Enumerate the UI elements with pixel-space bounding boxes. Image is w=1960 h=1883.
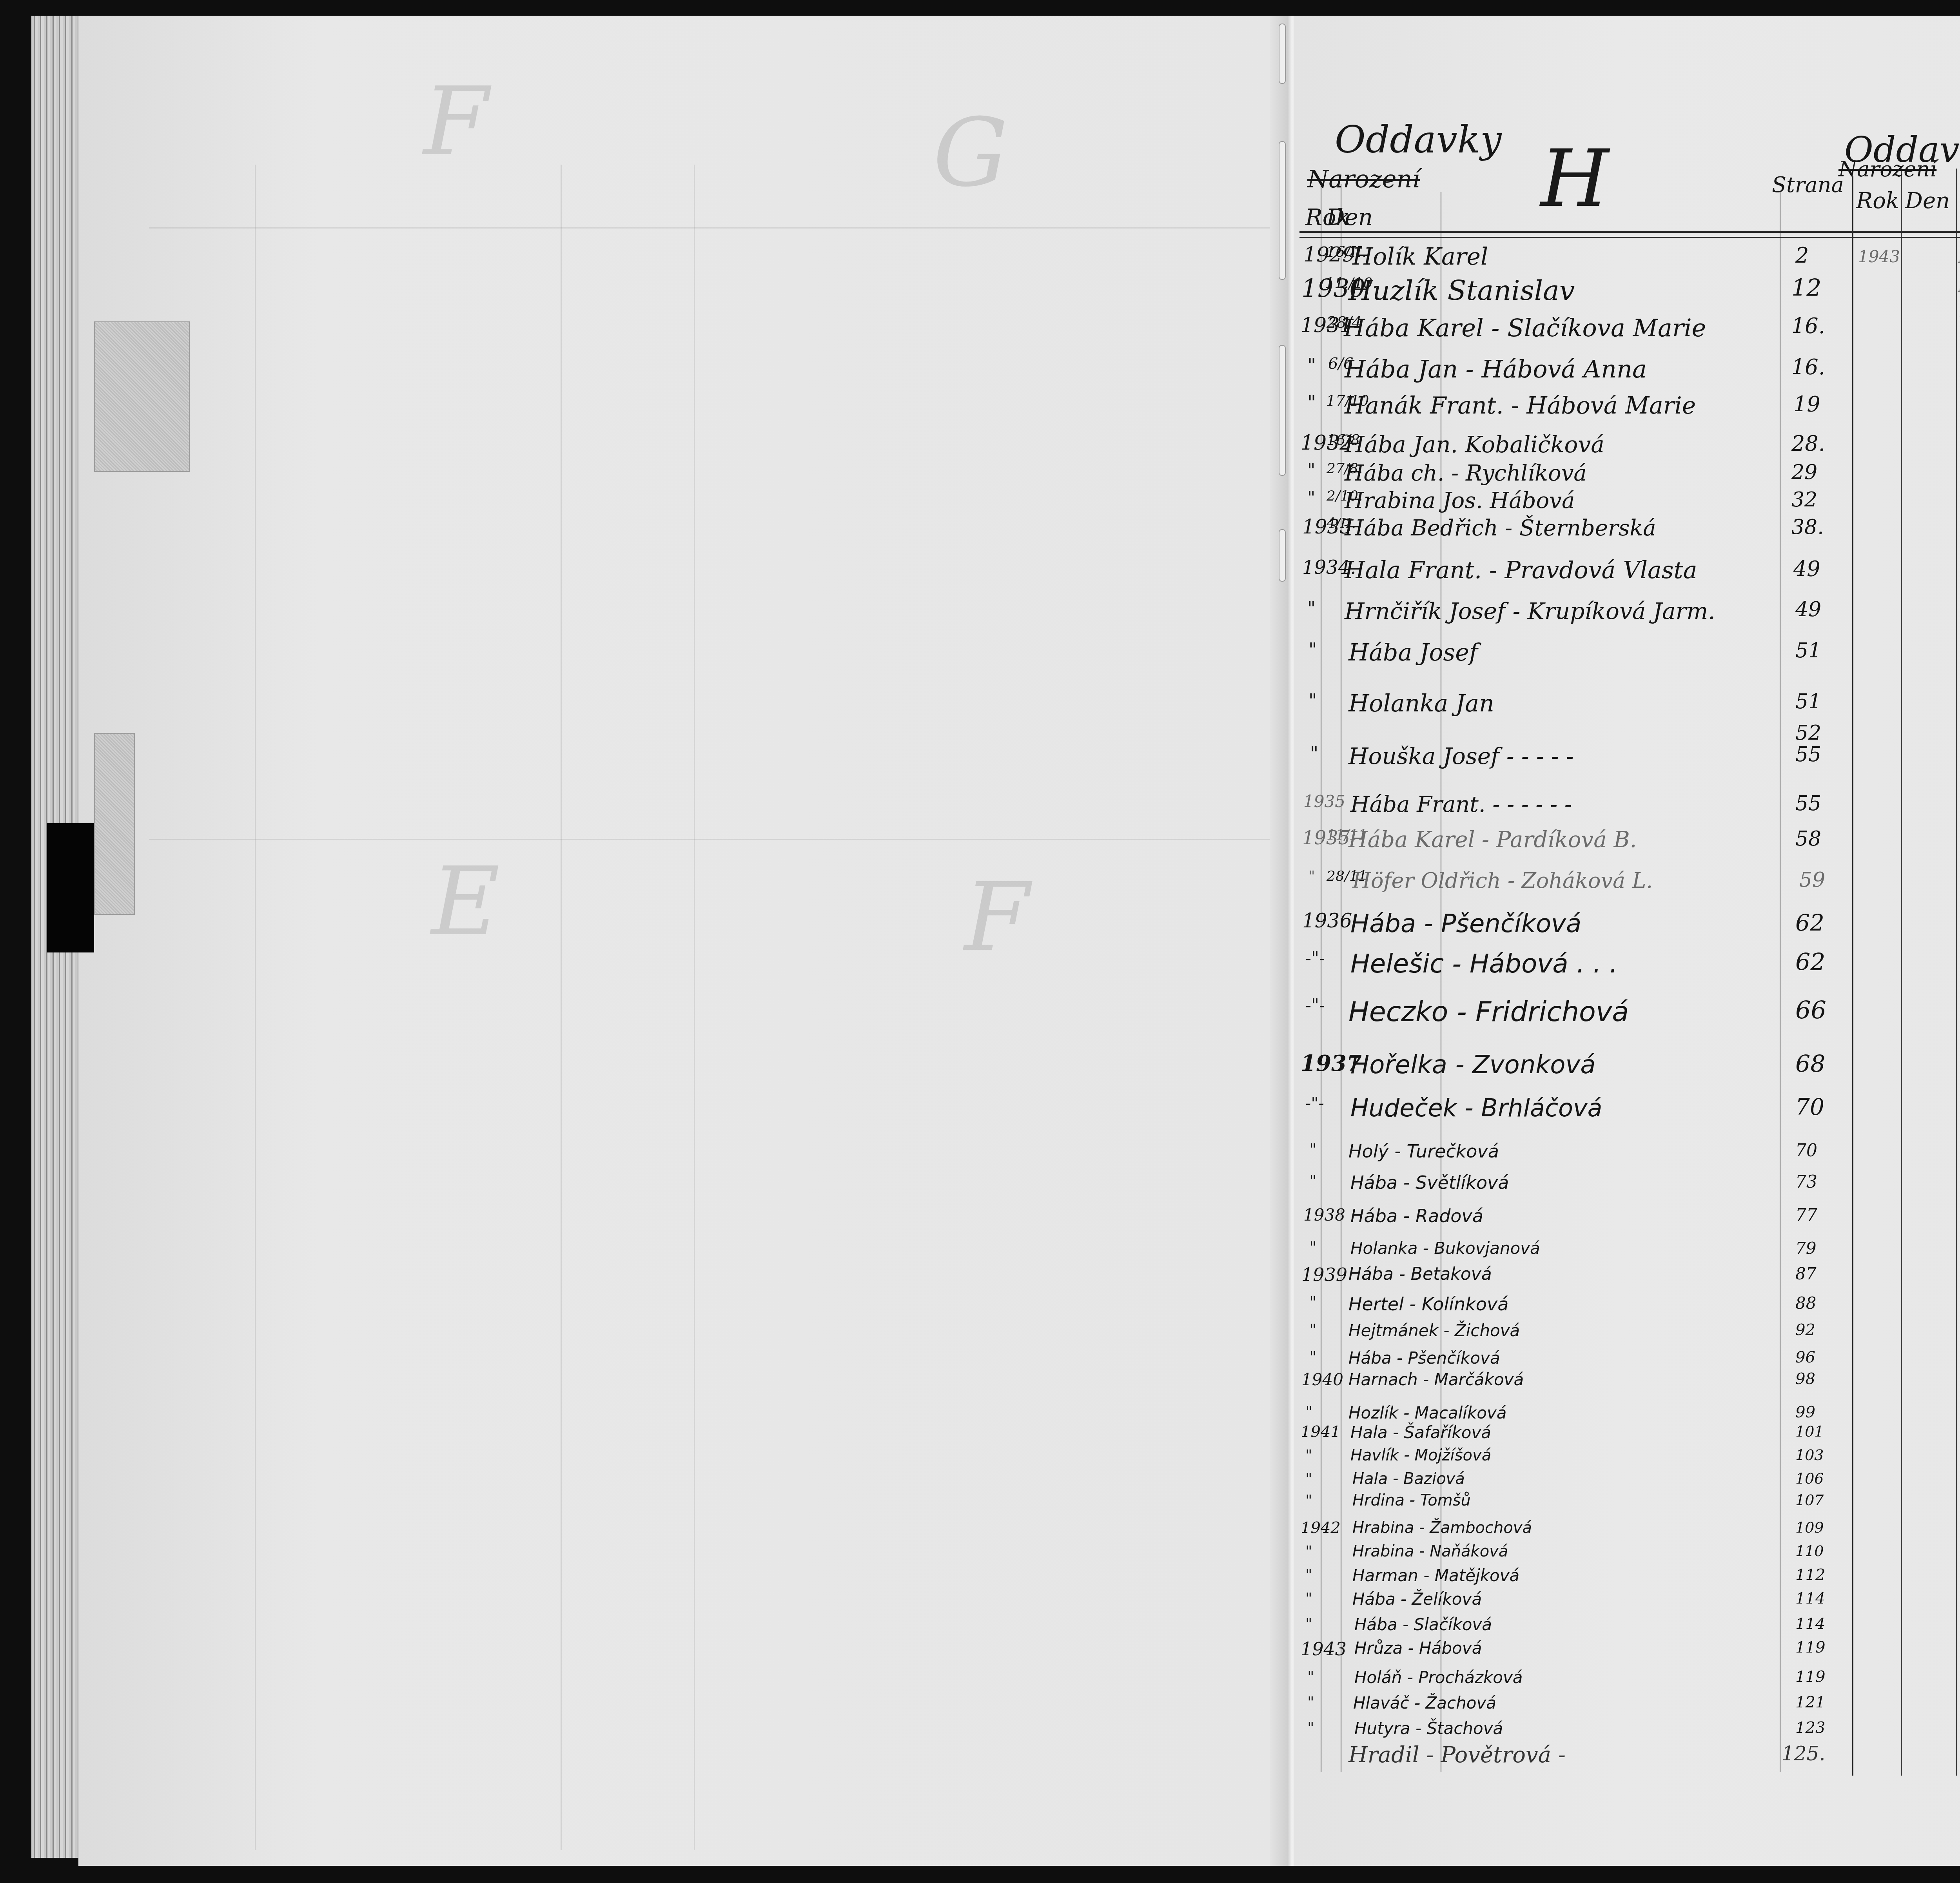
- name: Hrnčiřík Josef - Krupíková Jarm.: [1345, 598, 1715, 624]
- page: 125.: [1782, 1742, 1825, 1765]
- faint-ruling: [255, 165, 256, 1850]
- page: 52: [1795, 721, 1821, 745]
- year: ": [1305, 1566, 1312, 1583]
- ghost-letter: F: [423, 67, 489, 176]
- name: Heczko - Fridrichová: [1348, 996, 1629, 1028]
- name: Hanák Frant. - Hábová Marie: [1345, 392, 1696, 419]
- header-den-right: Den: [1905, 188, 1950, 214]
- page: 29: [1791, 461, 1817, 484]
- page: 123: [1795, 1719, 1825, 1737]
- page: 32: [1791, 488, 1817, 512]
- year: 1939: [1301, 1264, 1347, 1285]
- name: Hába Jan - Hábová Anna: [1345, 355, 1647, 383]
- name: Hába - Slačíková: [1354, 1615, 1492, 1634]
- year: ": [1305, 1403, 1312, 1421]
- faint-ruling: [694, 165, 695, 1850]
- page: 19: [1793, 392, 1820, 417]
- header-den: Den: [1327, 204, 1373, 230]
- name: Holý - Turečková: [1348, 1141, 1499, 1162]
- page: 109: [1795, 1519, 1824, 1536]
- name: Hejtmánek - Žichová: [1348, 1321, 1520, 1340]
- name: Hába Jan. Kobaličková: [1345, 431, 1604, 458]
- name: Hába Bedřich - Šternberská: [1345, 515, 1656, 541]
- ghost-letter: G: [933, 98, 1008, 208]
- page: 51: [1795, 639, 1821, 662]
- section-letter-h: H: [1541, 133, 1609, 225]
- name: Hába Frant. - - - - - -: [1350, 792, 1572, 817]
- page: 62: [1795, 949, 1825, 976]
- year: 1942: [1301, 1519, 1341, 1537]
- name: Holáň - Procházková: [1354, 1668, 1523, 1687]
- page: 114: [1795, 1589, 1825, 1607]
- header-rok-right: Rok: [1856, 188, 1899, 214]
- name: Hrabina - Naňáková: [1352, 1542, 1508, 1560]
- name: Hradil - Povětrová -: [1348, 1742, 1566, 1768]
- binding-stitch: [1279, 529, 1286, 582]
- page: 96: [1795, 1348, 1815, 1366]
- page: 98: [1795, 1370, 1815, 1388]
- page: 68: [1795, 1050, 1825, 1078]
- page: 79: [1795, 1239, 1816, 1258]
- name: Hába fr. - Kolínková - - -: [1958, 276, 1960, 296]
- header-strana: Strana: [1772, 172, 1844, 197]
- name: Holanka Jan: [1348, 690, 1494, 717]
- name: Havlík - Mojžíšová: [1350, 1446, 1491, 1464]
- header-double-rule: [1299, 231, 1960, 233]
- name: Hutyra - Štachová: [1354, 1719, 1503, 1738]
- year: ": [1308, 690, 1317, 711]
- year: ": [1305, 1470, 1312, 1487]
- name: Hertel - Kolínková: [1348, 1293, 1508, 1315]
- name: Hořelka - Zvonková: [1350, 1050, 1596, 1079]
- name: Harman - Matějková: [1352, 1566, 1519, 1585]
- page: 59: [1799, 868, 1825, 892]
- binding-stitch: [1279, 345, 1286, 476]
- name: Hába ch. - Rychlíková: [1345, 461, 1587, 486]
- page: 88: [1795, 1293, 1816, 1313]
- rule-right-year-day: [1901, 169, 1902, 1776]
- ghost-letter: E: [431, 847, 500, 956]
- black-bookmark-tab: [47, 823, 94, 952]
- header-double-rule: [1299, 237, 1960, 238]
- faint-ruling: [561, 165, 562, 1850]
- name: Hába Karel - Pardíková B.: [1348, 827, 1637, 853]
- binding-stitch: [1279, 141, 1286, 280]
- name: Horák - Slováková - - -: [1958, 247, 1960, 267]
- name: Hába Karel - Slačíkova Marie: [1344, 314, 1706, 342]
- year: ": [1307, 1668, 1314, 1685]
- page: 73: [1795, 1172, 1817, 1192]
- year: ": [1309, 1321, 1316, 1339]
- cloth-repair-strip: [94, 733, 135, 915]
- year: ": [1305, 1446, 1312, 1464]
- page: 107: [1795, 1491, 1824, 1509]
- name: Hlaváč - Žachová: [1353, 1693, 1496, 1712]
- year: 1938: [1303, 1205, 1345, 1224]
- year: 1943: [1301, 1638, 1347, 1660]
- page: 55: [1795, 743, 1821, 766]
- year: ": [1305, 1491, 1312, 1509]
- page: 92: [1795, 1321, 1815, 1339]
- name: Hába - Želíková: [1352, 1589, 1482, 1609]
- name: Hába - Radová: [1350, 1205, 1483, 1226]
- name: Hrabina - Žambochová: [1352, 1519, 1532, 1537]
- year: 1940: [1301, 1370, 1343, 1389]
- name: Hozlík - Macalíková: [1348, 1403, 1507, 1422]
- year: ": [1305, 1589, 1312, 1607]
- year: -"-: [1305, 996, 1325, 1016]
- page: 70: [1795, 1141, 1817, 1161]
- year: ": [1308, 868, 1315, 884]
- year: 1935: [1303, 792, 1345, 811]
- page: 106: [1795, 1470, 1824, 1487]
- name: Hába Josef: [1348, 639, 1478, 666]
- page: 103: [1795, 1446, 1824, 1464]
- faint-ruling: [149, 839, 1274, 840]
- name: Hába - Pšenčíková: [1350, 909, 1581, 938]
- page: 62: [1795, 909, 1824, 936]
- page: 2: [1795, 243, 1809, 268]
- page: 112: [1795, 1566, 1825, 1584]
- rule-day-name: [1341, 184, 1341, 1772]
- page: 38.: [1791, 515, 1824, 539]
- year: ": [1305, 1542, 1312, 1560]
- rule-block-divider: [1852, 176, 1853, 1776]
- name: Hala - Baziová: [1352, 1470, 1465, 1488]
- page: 110: [1795, 1542, 1824, 1560]
- page: 77: [1795, 1205, 1817, 1225]
- page: 99: [1795, 1403, 1815, 1421]
- year: ": [1309, 1348, 1316, 1366]
- page: 55: [1795, 792, 1821, 815]
- year: ": [1309, 1239, 1316, 1257]
- name: Holanka - Bukovjanová: [1350, 1239, 1540, 1258]
- binding-stitch: [1279, 24, 1286, 84]
- name: Hába - Pšenčíková: [1348, 1348, 1500, 1368]
- name: Hudeček - Brhláčová: [1350, 1094, 1602, 1122]
- name: Hrůza - Hábová: [1354, 1638, 1482, 1658]
- page: 121: [1795, 1693, 1825, 1711]
- page: 114: [1795, 1615, 1825, 1633]
- name: Hala Frant. - Pravdová Vlasta: [1345, 557, 1697, 584]
- page: 119: [1795, 1668, 1825, 1686]
- page: 49: [1793, 557, 1820, 581]
- name: Hába - Betaková: [1348, 1264, 1492, 1284]
- name: Hala - Šafaříková: [1350, 1423, 1491, 1442]
- rule-right-day-name: [1956, 169, 1957, 1776]
- year: ": [1307, 598, 1316, 619]
- name: Höfer Oldřich - Zoháková L.: [1352, 868, 1653, 893]
- header-narozeni-struck-right: Narození: [1838, 157, 1936, 181]
- name: Huzlík Stanislav: [1348, 274, 1575, 307]
- year: 1943: [1858, 247, 1900, 266]
- year: ": [1305, 1615, 1312, 1632]
- year: 1936: [1302, 909, 1352, 932]
- page: 101: [1795, 1423, 1824, 1440]
- name: Holík Karel: [1352, 243, 1488, 270]
- year: ": [1307, 392, 1316, 414]
- year: -"-: [1305, 949, 1325, 969]
- left-page: F G E F: [78, 16, 1278, 1866]
- year: ": [1309, 1141, 1316, 1159]
- page: 119: [1795, 1638, 1825, 1656]
- page: 51: [1795, 690, 1821, 713]
- page: 70: [1795, 1094, 1824, 1120]
- page: 28.: [1791, 431, 1825, 456]
- name: Helešic - Hábová . . .: [1350, 949, 1618, 979]
- name: Hába - Světlíková: [1350, 1172, 1509, 1193]
- page: 58: [1795, 827, 1821, 851]
- year: ": [1307, 355, 1316, 377]
- year: 1941: [1301, 1423, 1341, 1441]
- page: 16.: [1791, 314, 1825, 338]
- rule-name-page: [1780, 192, 1780, 1772]
- page: 66: [1795, 996, 1826, 1024]
- name: Harnach - Marčáková: [1348, 1370, 1524, 1389]
- faint-ruling: [149, 227, 1274, 229]
- year: ": [1307, 488, 1315, 508]
- page: 16.: [1791, 355, 1825, 379]
- cloth-repair-patch: [94, 321, 190, 472]
- name: Hrabina Jos. Hábová: [1345, 488, 1575, 513]
- year: ": [1309, 1172, 1316, 1190]
- year: -"-: [1305, 1094, 1324, 1113]
- name: Houška Josef - - - - -: [1348, 743, 1574, 769]
- page: 12: [1791, 274, 1821, 302]
- year: ": [1307, 1719, 1314, 1736]
- year: ": [1307, 1693, 1314, 1711]
- header-narozeni-struck: Narození: [1307, 165, 1420, 193]
- page: 87: [1795, 1264, 1816, 1283]
- header-oddavky: Oddavky: [1335, 118, 1501, 161]
- name: Hrdina - Tomšů: [1352, 1491, 1471, 1509]
- year: ": [1310, 743, 1318, 764]
- year: ": [1307, 461, 1315, 481]
- ghost-letter: F: [964, 862, 1030, 972]
- year: ": [1309, 1293, 1316, 1312]
- page: 49: [1795, 598, 1821, 621]
- year: ": [1308, 639, 1317, 660]
